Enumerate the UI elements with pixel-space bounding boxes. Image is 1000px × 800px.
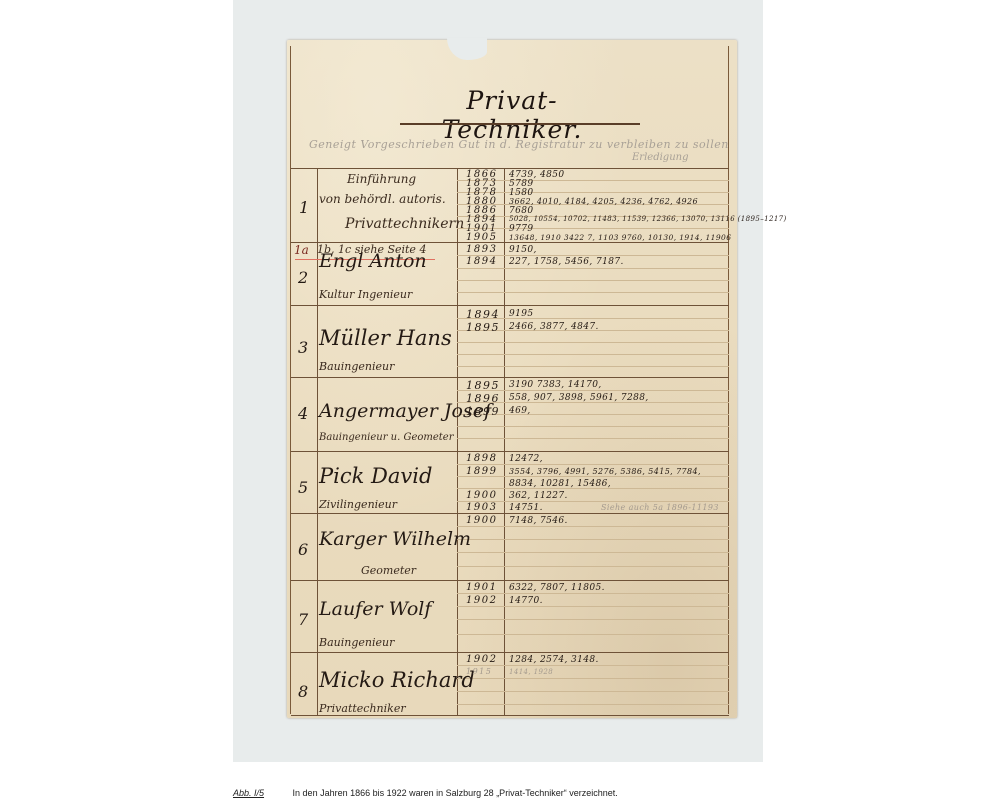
ruled-line [457,192,729,193]
ruled-line [457,539,729,540]
year: 1899 [466,405,500,418]
year: 1899 [466,466,497,477]
figure-caption-text: In den Jahren 1866 bis 1922 waren in Sal… [293,788,618,798]
row-profession: Geometer [361,564,416,577]
ruled-line [457,180,729,181]
ledger-table: 1 Einführung von behördl. autoris. Priva… [291,168,729,716]
ruled-line [457,552,729,553]
year: 1894 [466,256,497,267]
row-number: 1 [299,198,309,217]
ruled-line [457,593,729,594]
ruled-line [457,292,729,293]
row-profession: Bauingenieur [319,636,394,649]
year: 1902 [466,595,497,606]
ruled-line [457,438,729,439]
row-name-line2: von behördl. autoris. [319,192,446,206]
pencil-annotation: Geneigt Vorgeschrieben Gut in d. Registr… [309,138,729,151]
year: 1905 [466,232,497,243]
title-underline [400,123,640,125]
file-numbers: 3554, 3796, 4991, 5276, 5386, 5415, 7784… [509,467,701,476]
ruled-line [457,464,729,465]
file-numbers: 9150, [509,245,537,255]
row-profession: Privattechnikern [345,216,464,232]
row-profession: Privattechniker [319,702,406,715]
row-name: Laufer Wolf [319,598,431,620]
ruled-line [457,566,729,567]
ruled-line [457,634,729,635]
file-numbers: 6322, 7807, 11805. [509,583,605,593]
pencil-annotation-2: Erledigung [632,152,688,163]
figure-caption: Abb. I/5 In den Jahren 1866 bis 1922 war… [233,788,618,798]
ruled-line [457,354,729,355]
file-numbers: 5028, 10554, 10702, 11483, 11539, 12366,… [509,215,787,223]
ruled-line [457,255,729,256]
file-numbers: 12472, [509,454,543,464]
year: 1903 [466,502,497,513]
year: 1895 [466,379,500,392]
year: 1902 [466,654,497,665]
row-line [291,652,729,653]
year: 1901 [466,582,497,593]
row-profession: Bauingenieur u. Geometer [319,432,454,443]
year: 1900 [466,490,497,501]
ruled-line [457,366,729,367]
ruled-line [457,526,729,527]
row-profession: Bauingenieur [319,360,394,373]
file-numbers: 1284, 2574, 3148. [509,655,599,665]
file-numbers: 9195 [509,309,534,319]
file-numbers: 13648, 1910 3422 7, 1103 9760, 10130, 19… [509,233,731,242]
row-number: 8 [298,682,308,701]
ruled-line [457,704,729,705]
ruled-line [457,665,729,666]
row-name: Micko Richard [319,668,475,692]
row-number: 7 [298,610,308,629]
row-line [291,580,729,581]
row-number: 5 [298,478,308,497]
torn-notch [447,38,487,60]
year: 1894 [466,308,500,321]
file-numbers: 1414, 1928 [509,668,553,676]
ruled-line [457,342,729,343]
ledger-page: Privat-Techniker. Geneigt Vorgeschrieben… [287,40,737,718]
file-numbers: 2466, 3877, 4847. [509,322,599,332]
row-line [291,377,729,378]
row-profession: Kultur Ingenieur [319,288,412,301]
row-number: 6 [298,540,308,559]
row-number: 2 [298,268,308,287]
row-name: Müller Hans [319,326,452,350]
ruled-line [457,691,729,692]
file-numbers: 3662, 4010, 4184, 4205, 4236, 4762, 4926 [509,197,698,206]
file-numbers: 14770. [509,596,543,606]
file-numbers: 362, 11227. [509,491,568,501]
ruled-line [457,280,729,281]
row-name: Einführung [347,172,416,186]
file-numbers: 8834, 10281, 15486, [509,479,611,489]
figure-label: Abb. I/5 [233,788,264,798]
row-number: 3 [298,338,308,357]
ruled-line [457,426,729,427]
file-numbers: 227, 1758, 5456, 7187. [509,257,624,267]
ruled-line [457,476,729,477]
row-name: Pick David [319,464,432,488]
ruled-line [457,619,729,620]
row-number: 4 [298,404,308,423]
year: 1915 [466,667,492,676]
row-line [291,305,729,306]
ruled-line [457,501,729,502]
row-line [291,168,729,169]
ruled-line [457,268,729,269]
row-name: Karger Wilhelm [319,528,471,550]
file-numbers: 558, 907, 3898, 5961, 7288, [509,393,649,403]
row-line [291,451,729,452]
file-numbers: 469, [509,406,531,416]
file-numbers: 7148, 7546. [509,516,568,526]
row-number: 1a [294,243,309,257]
file-numbers: 3190 7383, 14170, [509,380,602,390]
ruled-line [457,606,729,607]
row-profession: Zivilingenieur [319,498,397,511]
year: 1898 [466,453,497,464]
row-name: Engl Anton [319,250,427,272]
row-line [291,513,729,514]
ruled-line [457,228,729,229]
year: 1896 [466,392,500,405]
row-line [291,715,729,716]
page-title: Privat-Techniker. [397,86,627,144]
pencil-cross-reference: Siehe auch 5a 1896-11193 [601,503,719,512]
year: 1893 [466,244,497,255]
year: 1895 [466,321,500,334]
ruled-line [457,678,729,679]
year: 1900 [466,515,497,526]
file-numbers: 14751. [509,503,543,513]
